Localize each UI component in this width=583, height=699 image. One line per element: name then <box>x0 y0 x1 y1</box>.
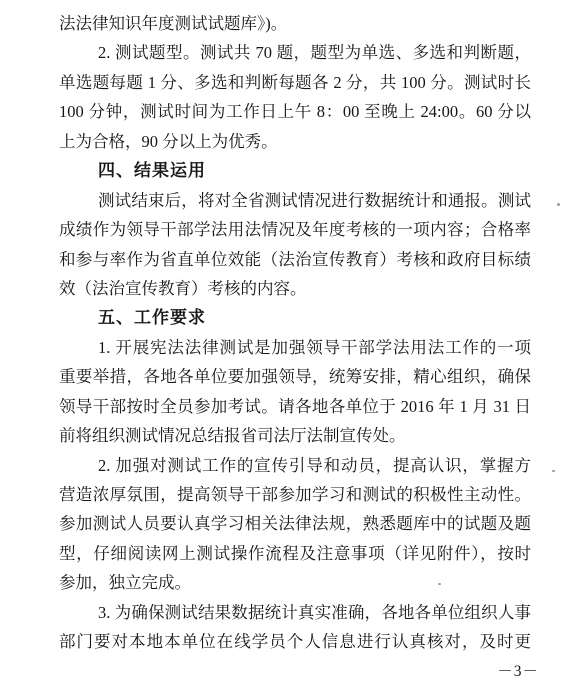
text-line: 部门要对本地本单位在线学员个人信息进行认真核对，及时更 <box>59 627 531 656</box>
text-line: 四、结果运用 <box>59 156 531 185</box>
text-line: 3. 为确保测试结果数据统计真实准确，各地各单位组织人事 <box>59 598 531 627</box>
document-body: 法法律知识年度测试试题库》)。2. 测试题型。测试共 70 题，题型为单选、多选… <box>59 9 531 657</box>
text-line: 法法律知识年度测试试题库》)。 <box>59 9 531 38</box>
text-line: 营造浓厚氛围，提高领导干部参加学习和测试的积极性主动性。 <box>59 480 531 509</box>
text-line: 重要举措，各地各单位要加强领导，统筹安排，精心组织，确保 <box>59 362 531 391</box>
text-line: 2. 测试题型。测试共 70 题，题型为单选、多选和判断题， <box>59 38 531 67</box>
text-line: 单选题每题 1 分、多选和判断每题各 2 分，共 100 分。测试时长 <box>59 68 531 97</box>
scan-speck <box>438 583 441 585</box>
text-line: 和参与率作为省直单位效能（法治宣传教育）考核和政府目标绩 <box>59 245 531 274</box>
text-line: 上为合格，90 分以上为优秀。 <box>59 127 531 156</box>
text-line: 参加，独立完成。 <box>59 568 531 597</box>
text-line: 领导干部按时全员参加考试。请各地各单位于 2016 年 1 月 31 日 <box>59 392 531 421</box>
text-line: 成绩作为领导干部学法用法情况及年度考核的一项内容；合格率 <box>59 215 531 244</box>
document-page: 法法律知识年度测试试题库》)。2. 测试题型。测试共 70 题，题型为单选、多选… <box>0 0 583 699</box>
text-line: 测试结束后，将对全省测试情况进行数据统计和通报。测试 <box>59 186 531 215</box>
scan-speck <box>552 470 555 472</box>
text-line: 前将组织测试情况总结报省司法厅法制宣传处。 <box>59 421 531 450</box>
text-line: 效（法治宣传教育）考核的内容。 <box>59 274 531 303</box>
page-number: －3－ <box>497 657 539 687</box>
text-line: 100 分钟，测试时间为工作日上午 8：00 至晚上 24:00。60 分以 <box>59 97 531 126</box>
text-line: 1. 开展宪法法律测试是加强领导干部学法用法工作的一项 <box>59 333 531 362</box>
scan-speck <box>557 203 560 206</box>
text-line: 五、工作要求 <box>59 303 531 332</box>
text-line: 参加测试人员要认真学习相关法律法规，熟悉题库中的试题及题 <box>59 509 531 538</box>
text-line: 型，仔细阅读网上测试操作流程及注意事项（详见附件），按时 <box>59 539 531 568</box>
text-line: 2. 加强对测试工作的宣传引导和动员，提高认识，掌握方法， <box>59 451 531 480</box>
